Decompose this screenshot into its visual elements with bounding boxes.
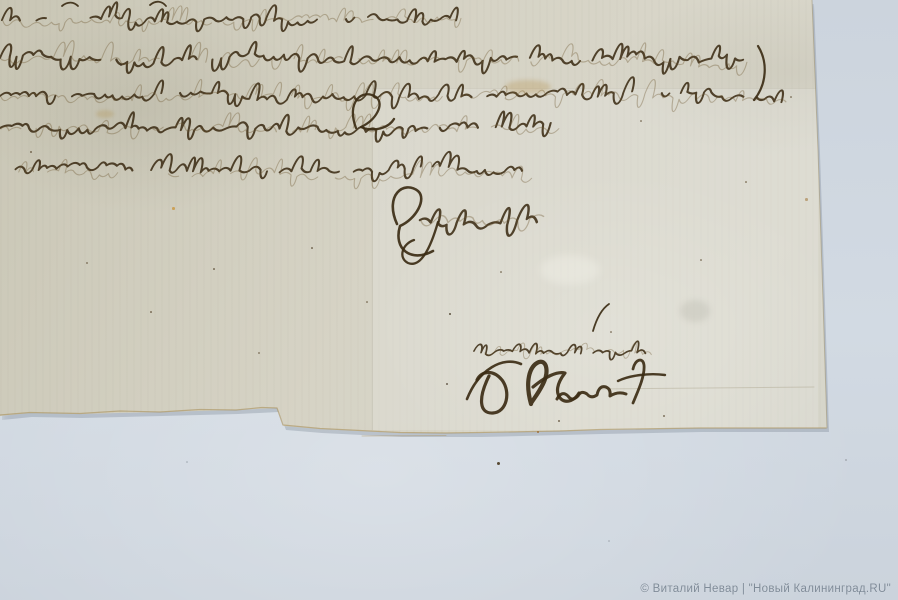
paper-speck [558, 420, 560, 422]
paper-patch-region [372, 88, 818, 430]
paper-speck [120, 64, 122, 66]
paper-speck [311, 247, 313, 249]
paper-speck [420, 58, 422, 60]
paper-speck [663, 415, 665, 417]
paper-speck [640, 120, 642, 122]
paper-speck [150, 311, 152, 313]
paper-speck [745, 181, 747, 183]
paper-speck [610, 331, 612, 333]
paper-speck [366, 301, 368, 303]
paper-speck [790, 96, 792, 98]
paper-speck [213, 268, 215, 270]
paper-speck [805, 198, 808, 201]
paper-stain [505, 80, 551, 94]
paper-speck [86, 262, 88, 264]
paper-speck [186, 461, 188, 463]
paper-speck [449, 313, 451, 315]
paper-speck [608, 540, 610, 542]
paper-speck [700, 259, 702, 261]
paper-stain [540, 255, 600, 285]
paper-speck [537, 431, 539, 433]
paper-speck [172, 207, 175, 210]
paper-stain [96, 110, 114, 118]
paper-speck [845, 459, 847, 461]
photo-of-kant-letter: © Виталий Невар | "Новый Калининград.RU" [0, 0, 898, 600]
paper-speck [258, 352, 260, 354]
paper-speck [497, 462, 500, 465]
paper-speck [30, 151, 32, 153]
paper-speck [500, 271, 502, 273]
paper-speck [446, 383, 448, 385]
letter-sheet [0, 0, 898, 600]
paper-stain [680, 300, 710, 322]
photo-credit-watermark: © Виталий Невар | "Новый Калининград.RU" [640, 583, 891, 595]
